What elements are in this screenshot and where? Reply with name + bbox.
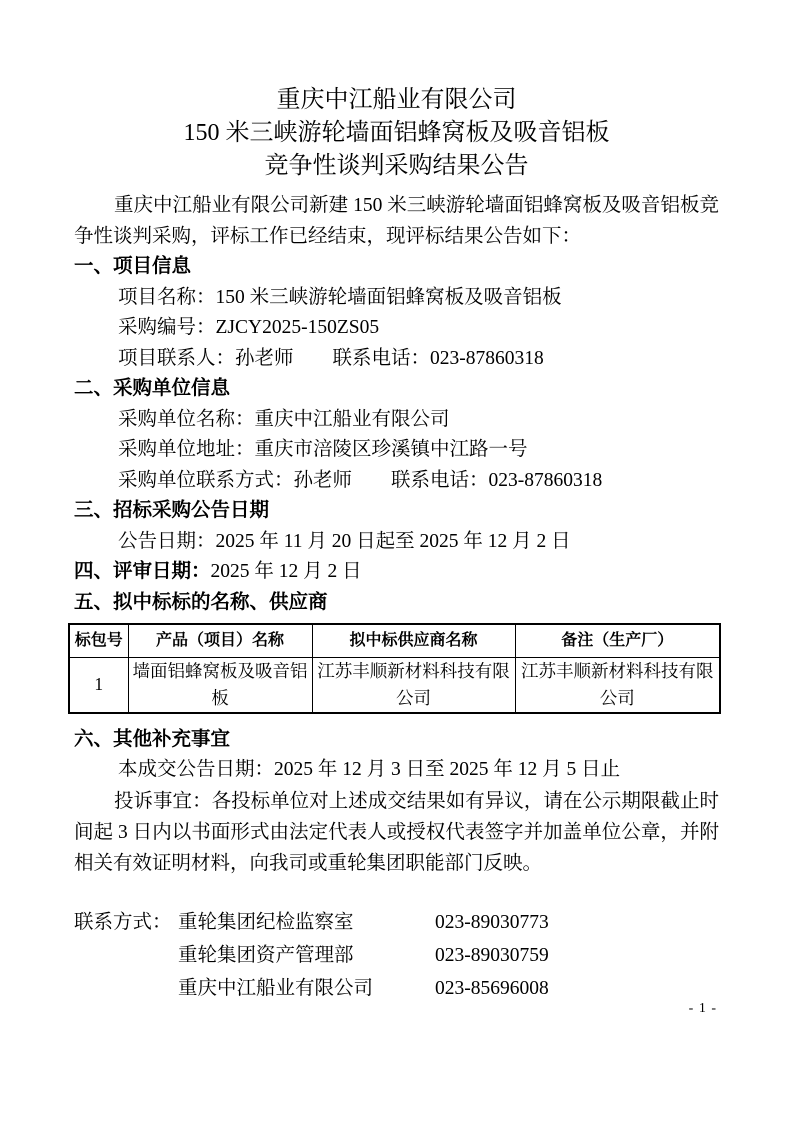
project-name-line: 项目名称：150 米三峡游轮墙面铝蜂窝板及吸音铝板 — [74, 283, 719, 314]
contacts-label-spacer — [74, 939, 178, 972]
review-date-value: 2025 年 12 月 2 日 — [211, 561, 362, 582]
section-3-heading: 三、招标采购公告日期 — [74, 496, 719, 527]
purchaser-contact-line: 采购单位联系方式：孙老师 联系电话：023-87860318 — [74, 466, 719, 497]
contact-row: 联系方式： 重轮集团纪检监察室 023-89030773 — [74, 906, 719, 939]
cell-remark-manufacturer: 江苏丰顺新材料科技有限公司 — [515, 657, 720, 713]
contact-phone: 023-89030759 — [435, 939, 549, 972]
header-remark-manufacturer: 备注（生产厂） — [515, 624, 720, 657]
section-2-heading: 二、采购单位信息 — [74, 374, 719, 405]
title-line-project: 150 米三峡游轮墙面铝蜂窝板及吸音铝板 — [74, 117, 719, 150]
section-5-heading: 五、拟中标标的名称、供应商 — [74, 588, 719, 619]
intro-paragraph: 重庆中江船业有限公司新建 150 米三峡游轮墙面铝蜂窝板及吸音铝板竞争性谈判采购… — [74, 190, 719, 252]
contact-phone: 023-89030773 — [435, 906, 549, 939]
cell-package-number: 1 — [69, 657, 128, 713]
section-4-heading: 四、评审日期： — [74, 561, 211, 582]
contact-row: 重庆中江船业有限公司 023-85696008 — [74, 972, 719, 1005]
header-supplier-name: 拟中标供应商名称 — [312, 624, 515, 657]
document-title-block: 重庆中江船业有限公司 150 米三峡游轮墙面铝蜂窝板及吸音铝板 竞争性谈判采购结… — [74, 84, 719, 183]
header-product-name: 产品（项目）名称 — [128, 624, 312, 657]
header-package-number: 标包号 — [69, 624, 128, 657]
announcement-date-line: 公告日期：2025 年 11 月 20 日起至 2025 年 12 月 2 日 — [74, 527, 719, 558]
contact-row: 重轮集团资产管理部 023-89030759 — [74, 939, 719, 972]
cell-product-name: 墙面铝蜂窝板及吸音铝板 — [128, 657, 312, 713]
cell-supplier-name: 江苏丰顺新材料科技有限公司 — [312, 657, 515, 713]
contact-name: 重庆中江船业有限公司 — [178, 972, 435, 1005]
project-contact-line: 项目联系人：孙老师 联系电话：023-87860318 — [74, 344, 719, 375]
complaint-paragraph: 投诉事宜：各投标单位对上述成交结果如有异议，请在公示期限截止时间起 3 日内以书… — [74, 786, 719, 879]
title-line-company: 重庆中江船业有限公司 — [74, 84, 719, 117]
contacts-label-spacer — [74, 972, 178, 1005]
contact-name: 重轮集团资产管理部 — [178, 939, 435, 972]
page-number: - 1 - — [689, 1001, 717, 1017]
deal-announcement-date-line: 本成交公告日期：2025 年 12 月 3 日至 2025 年 12 月 5 日… — [74, 755, 719, 786]
section-1-heading: 一、项目信息 — [74, 252, 719, 283]
procurement-number-line: 采购编号：ZJCY2025-150ZS05 — [74, 313, 719, 344]
contact-phone: 023-85696008 — [435, 972, 549, 1005]
contact-name: 重轮集团纪检监察室 — [178, 906, 435, 939]
purchaser-address-line: 采购单位地址：重庆市涪陵区珍溪镇中江路一号 — [74, 435, 719, 466]
award-result-table: 标包号 产品（项目）名称 拟中标供应商名称 备注（生产厂） 1 墙面铝蜂窝板及吸… — [68, 623, 721, 714]
title-line-announcement: 竞争性谈判采购结果公告 — [74, 150, 719, 183]
purchaser-name-line: 采购单位名称：重庆中江船业有限公司 — [74, 405, 719, 436]
document-page: 重庆中江船业有限公司 150 米三峡游轮墙面铝蜂窝板及吸音铝板 竞争性谈判采购结… — [0, 0, 793, 1122]
table-header-row: 标包号 产品（项目）名称 拟中标供应商名称 备注（生产厂） — [69, 624, 720, 657]
table-row: 1 墙面铝蜂窝板及吸音铝板 江苏丰顺新材料科技有限公司 江苏丰顺新材料科技有限公… — [69, 657, 720, 713]
contacts-block: 联系方式： 重轮集团纪检监察室 023-89030773 重轮集团资产管理部 0… — [74, 906, 719, 1005]
section-4-line: 四、评审日期：2025 年 12 月 2 日 — [74, 557, 719, 588]
contacts-label: 联系方式： — [74, 906, 178, 939]
section-6-heading: 六、其他补充事宜 — [74, 725, 719, 756]
